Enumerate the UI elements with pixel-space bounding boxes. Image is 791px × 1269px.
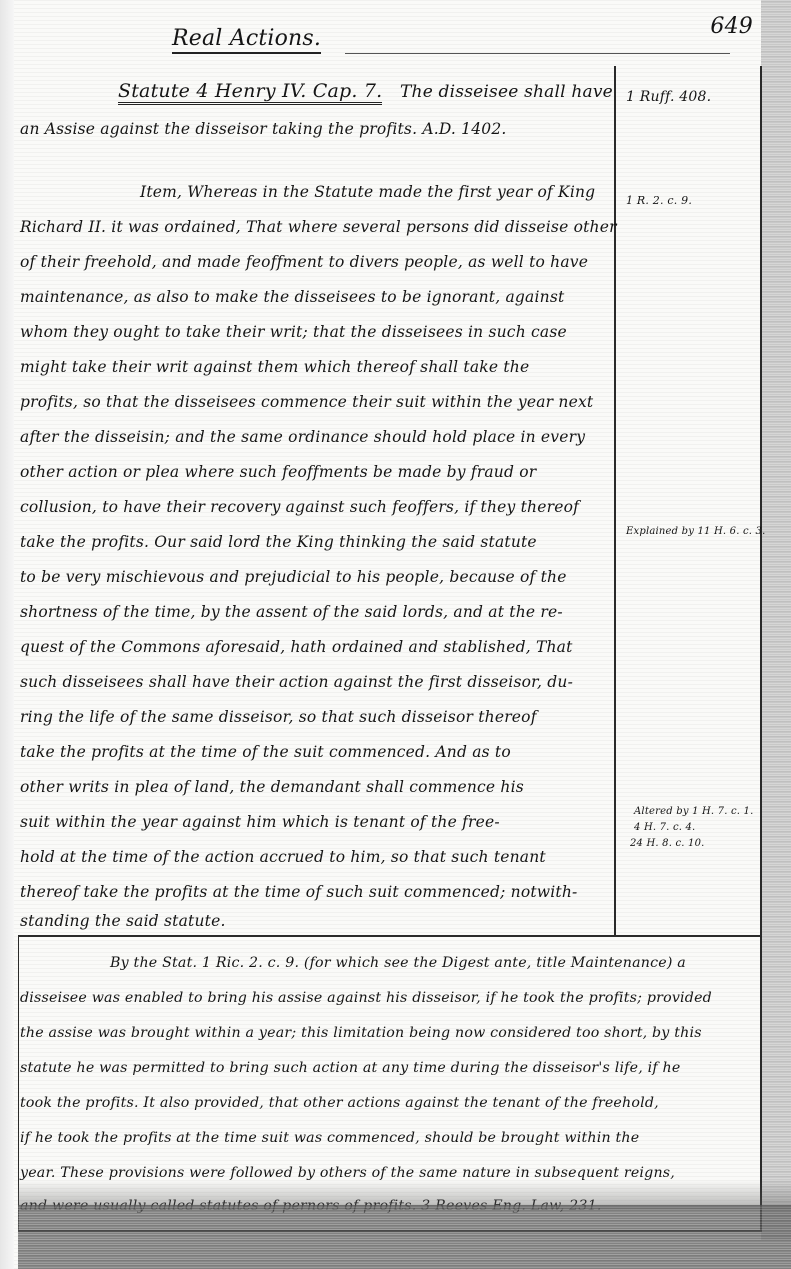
body-line: shortness of the time, by the assent of … [20, 603, 563, 621]
body-line: hold at the time of the action accrued t… [20, 848, 546, 866]
body-line: other writs in plea of land, the demanda… [20, 778, 524, 796]
statute-summary-part1: The disseisee shall have [400, 82, 613, 102]
body-line: ring the life of the same disseisor, so … [20, 708, 537, 726]
commentary-line: year. These provisions were followed by … [20, 1165, 675, 1181]
body-line: standing the said statute. [20, 912, 226, 930]
body-line: thereof take the profits at the time of … [20, 883, 577, 901]
margin-note-citation: 4 H. 7. c. 4. [634, 822, 695, 833]
margin-column-right-border [760, 66, 762, 1231]
scan-right-edge [761, 0, 791, 1240]
commentary-line: By the Stat. 1 Ric. 2. c. 9. (for which … [110, 955, 686, 971]
body-line: such disseisees shall have their action … [20, 673, 573, 691]
margin-column-left-border [614, 66, 616, 936]
margin-note-explained: Explained by 11 H. 6. c. 3. [626, 526, 765, 537]
body-line: maintenance, as also to make the disseis… [20, 288, 564, 306]
commentary-line: statute he was permitted to bring such a… [20, 1060, 680, 1076]
commentary-line: if he took the profits at the time suit … [20, 1130, 639, 1146]
body-line: to be very mischievous and prejudicial t… [20, 568, 567, 586]
body-line: take the profits. Our said lord the King… [20, 533, 537, 551]
body-line: Item, Whereas in the Statute made the fi… [140, 183, 595, 201]
body-line: collusion, to have their recovery agains… [20, 498, 579, 516]
body-line: after the disseisin; and the same ordina… [20, 428, 585, 446]
margin-note-citation: 24 H. 8. c. 10. [630, 838, 705, 849]
statute-title: Statute 4 Henry IV. Cap. 7. [118, 80, 382, 105]
margin-note-citation: 1 Ruff. 408. [626, 89, 711, 105]
statute-summary-part2: an Assise against the disseisor taking t… [20, 120, 507, 138]
margin-note-citation: 1 R. 2. c. 9. [626, 194, 692, 207]
commentary-line: took the profits. It also provided, that… [20, 1095, 659, 1111]
section-heading: Real Actions. [172, 26, 321, 54]
body-line: suit within the year against him which i… [20, 813, 500, 831]
commentary-line: the assise was brought within a year; th… [20, 1025, 702, 1041]
scan-left-edge [0, 0, 14, 1269]
heading-rule [345, 53, 730, 54]
page-number: 649 [710, 14, 753, 39]
body-line: of their freehold, and made feoffment to… [20, 253, 588, 271]
manuscript-page: 649 Real Actions. Statute 4 Henry IV. Ca… [0, 0, 791, 1269]
scan-bottom-smudge [18, 1205, 791, 1269]
commentary-divider [18, 935, 762, 937]
body-line: other action or plea where such feoffmen… [20, 463, 536, 481]
body-line: whom they ought to take their writ; that… [20, 323, 567, 341]
body-line: quest of the Commons aforesaid, hath ord… [20, 638, 573, 656]
body-line: profits, so that the disseisees commence… [20, 393, 593, 411]
commentary-line: disseisee was enabled to bring his assis… [20, 990, 712, 1006]
body-line: take the profits at the time of the suit… [20, 743, 511, 761]
margin-note-altered: Altered by 1 H. 7. c. 1. [634, 806, 754, 817]
body-line: might take their writ against them which… [20, 358, 529, 376]
body-line: Richard II. it was ordained, That where … [20, 218, 617, 236]
